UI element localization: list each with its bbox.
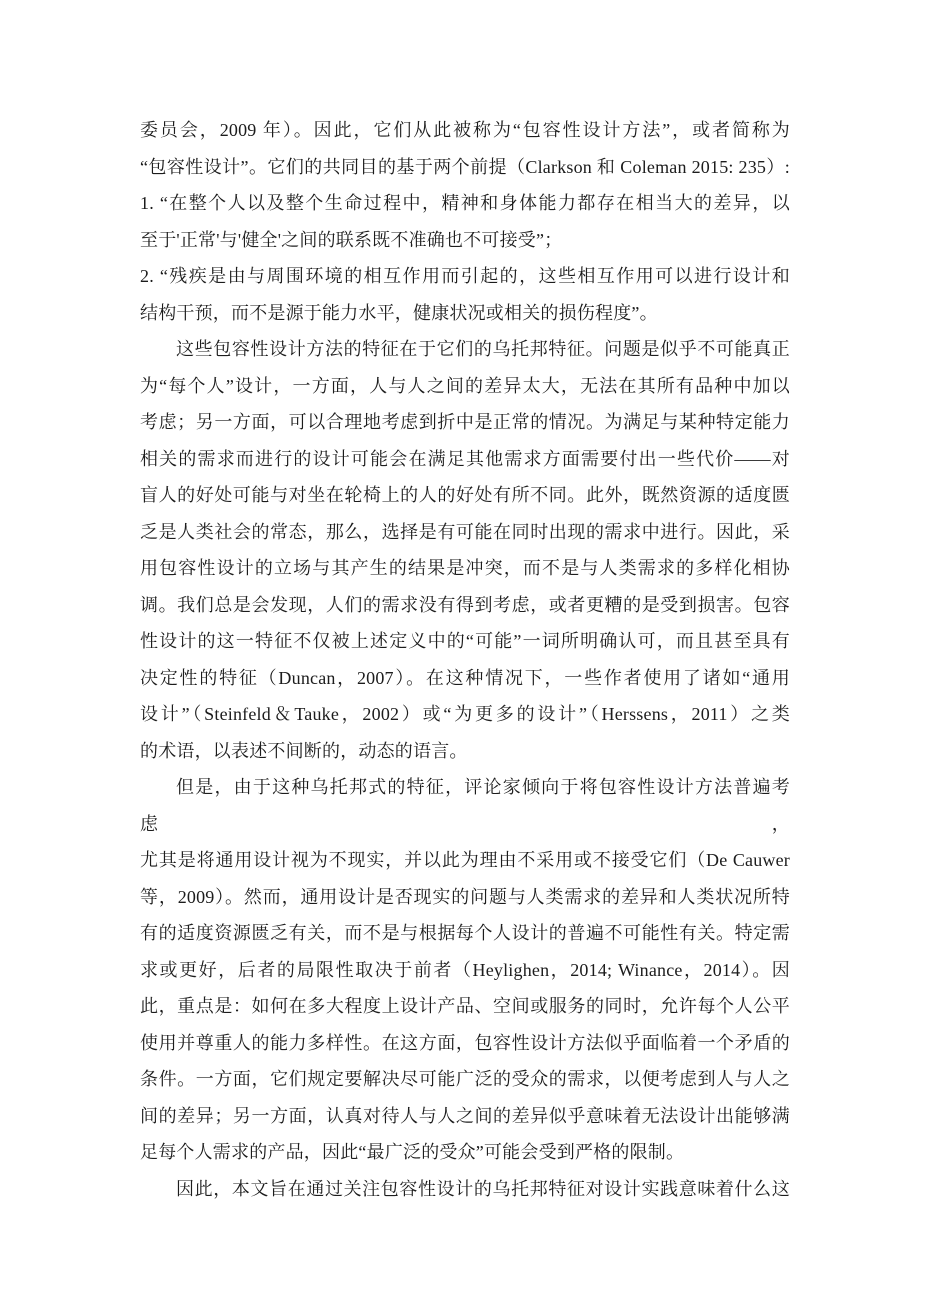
text-line: 相关的需求而进行的设计可能会在满足其他需求方面需要付出一些代价——对 xyxy=(140,441,790,478)
text-line: 等，2009）。然而，通用设计是否现实的问题与人类需求的差异和人类状况所特 xyxy=(140,879,790,916)
document-page: 委员会，2009 年）。因此，它们从此被称为“包容性设计方法”，或者简称为 “包… xyxy=(0,0,926,1309)
list-item-1-line: 1. “在整个人以及整个生命过程中，精神和身体能力都存在相当大的差异，以 xyxy=(140,185,790,222)
text-line: 条件。一方面，它们规定要解决尽可能广泛的受众的需求，以便考虑到人与人之 xyxy=(140,1061,790,1098)
list-item-1-line: 至于'正常'与'健全'之间的联系既不准确也不可接受”； xyxy=(140,222,790,259)
text-line: 求或更好，后者的局限性取决于前者（Heylighen，2014; Winance… xyxy=(140,952,790,989)
text-line: 有的适度资源匮乏有关，而不是与根据每个人设计的普遍不可能性有关。特定需 xyxy=(140,915,790,952)
text-line: 此，重点是：如何在多大程度上设计产品、空间或服务的同时，允许每个人公平 xyxy=(140,988,790,1025)
text-line: 用包容性设计的立场与其产生的结果是冲突，而不是与人类需求的多样化相协 xyxy=(140,550,790,587)
text-line: 为“每个人”设计，一方面，人与人之间的差异太大，无法在其所有品种中加以 xyxy=(140,368,790,405)
text-line: 使用并尊重人的能力多样性。在这方面，包容性设计方法似乎面临着一个矛盾的 xyxy=(140,1025,790,1062)
body-text-block: 委员会，2009 年）。因此，它们从此被称为“包容性设计方法”，或者简称为 “包… xyxy=(140,112,790,1207)
paragraph-last-line: 的术语，以表述不间断的，动态的语言。 xyxy=(140,733,790,770)
text-line: 乏是人类社会的常态，那么，选择是有可能在同时出现的需求中进行。因此，采 xyxy=(140,514,790,551)
text-line: 委员会，2009 年）。因此，它们从此被称为“包容性设计方法”，或者简称为 xyxy=(140,112,790,149)
text-line: 盲人的好处可能与对坐在轮椅上的人的好处有所不同。此外，既然资源的适度匮 xyxy=(140,477,790,514)
list-item-2-line: 2. “残疾是由与周围环境的相互作用而引起的，这些相互作用可以进行设计和 xyxy=(140,258,790,295)
paragraph-first-line: 但是，由于这种乌托邦式的特征，评论家倾向于将包容性设计方法普遍考虑， xyxy=(140,769,790,842)
paragraph-first-line: 因此，本文旨在通过关注包容性设计的乌托邦特征对设计实践意味着什么这 xyxy=(140,1171,790,1208)
text-line: 调。我们总是会发现，人们的需求没有得到考虑，或者更糟的是受到损害。包容 xyxy=(140,587,790,624)
text-line: 考虑；另一方面，可以合理地考虑到折中是正常的情况。为满足与某种特定能力 xyxy=(140,404,790,441)
text-line: 决定性的特征（Duncan，2007）。在这种情况下，一些作者使用了诸如“通用 xyxy=(140,660,790,697)
text-line: 间的差异；另一方面，认真对待人与人之间的差异似乎意味着无法设计出能够满 xyxy=(140,1098,790,1135)
paragraph-last-line: 足每个人需求的产品，因此“最广泛的受众”可能会受到严格的限制。 xyxy=(140,1134,790,1171)
text-line: 性设计的这一特征不仅被上述定义中的“可能”一词所明确认可，而且甚至具有 xyxy=(140,623,790,660)
text-line: “包容性设计”。它们的共同目的基于两个前提（Clarkson 和 Coleman… xyxy=(140,149,790,186)
paragraph-first-line: 这些包容性设计方法的特征在于它们的乌托邦特征。问题是似乎不可能真正 xyxy=(140,331,790,368)
list-item-2-line: 结构干预，而不是源于能力水平，健康状况或相关的损伤程度”。 xyxy=(140,295,790,332)
text-line: 尤其是将通用设计视为不现实，并以此为理由不采用或不接受它们（De Cauwer xyxy=(140,842,790,879)
text-line: 设计”（Steinfeld＆Tauke，2002）或“为更多的设计”（Herss… xyxy=(140,696,790,733)
